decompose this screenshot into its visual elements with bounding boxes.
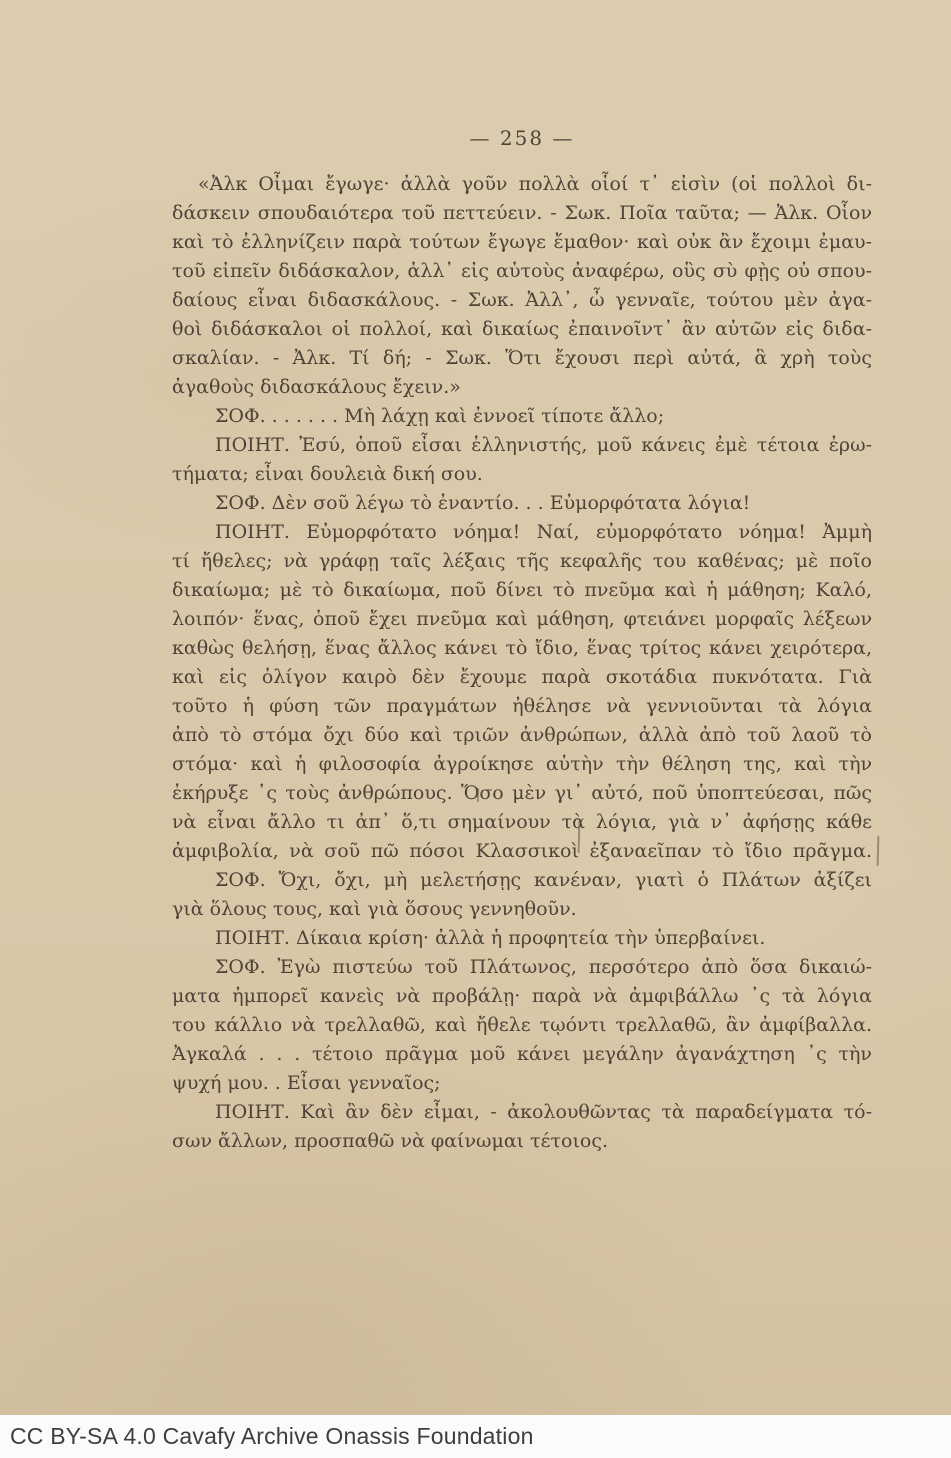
text-line: ΠΟΙΗΤ. Καὶ ἂν δὲν εἶμαι, - ἀκολουθῶντας … <box>172 1098 872 1127</box>
text-line: ΠΟΙΗΤ. Εὐμορφότατο νόημα! Ναί, εὐμορφότα… <box>172 518 872 547</box>
text-line: καθὼς θελήσῃ, ἕνας ἄλλος κάνει τὸ ἴδιο, … <box>172 634 872 663</box>
text-line: δάσκειν σπουδαιότερα τοῦ πεττεύειν. - Σω… <box>172 199 872 228</box>
text-line: ΣΟΦ. Δὲν σοῦ λέγω τὸ ἐναντίο. . . Εὐμορφ… <box>172 489 872 518</box>
screenshot-root: — 258 — «Ἀλκ Οἶμαι ἔγωγε· ἀλλὰ γοῦν πολλ… <box>0 0 951 1458</box>
book-page-scan: — 258 — «Ἀλκ Οἶμαι ἔγωγε· ἀλλὰ γοῦν πολλ… <box>0 0 951 1415</box>
text-line: τήματα; εἶναι δουλειὰ δική σου. <box>172 460 872 489</box>
text-line: ΠΟΙΗΤ. Ἐσύ, ὁποῦ εἶσαι ἑλληνιστής, μοῦ κ… <box>172 431 872 460</box>
text-line: δικαίωμα; μὲ τὸ δικαίωμα, ποῦ δίνει τὸ π… <box>172 576 872 605</box>
text-line: Ἀγκαλά . . . τέτοιο πρᾶγμα μοῦ κάνει μεγ… <box>172 1040 872 1069</box>
text-line: ΣΟΦ. Ὄχι, ὄχι, μὴ μελετήσῃς κανέναν, για… <box>172 866 872 895</box>
license-bar: CC BY-SA 4.0 Cavafy Archive Onassis Foun… <box>0 1415 951 1458</box>
text-line: ΣΟΦ. . . . . . . Μὴ λάχῃ καὶ ἐννοεῖ τίπο… <box>172 402 872 431</box>
text-line: ἀγαθοὺς διδασκάλους ἔχειν.» <box>172 373 872 402</box>
text-line: ψυχή μου. . Εἶσαι γενναῖος; <box>172 1069 872 1098</box>
text-line: ἀμφιβολία, νὰ σοῦ πῶ πόσοι Κλασσικοὶ ἐξα… <box>172 837 872 866</box>
text-line: γιὰ ὅλους τους, καὶ γιὰ ὅσους γεννηθοῦν. <box>172 895 872 924</box>
pencil-mark <box>477 788 479 802</box>
page-number: — 258 — <box>172 126 872 150</box>
text-line: καὶ εἰς ὀλίγον καιρὸ δὲν ἔχουμε παρὰ σκο… <box>172 663 872 692</box>
text-line: στόμα· καὶ ἡ φιλοσοφία ἀγροίκησε αὐτὴν τ… <box>172 750 872 779</box>
text-line: σων ἄλλων, προσπαθῶ νὰ φαίνωμαι τέτοιος. <box>172 1127 872 1156</box>
text-line: «Ἀλκ Οἶμαι ἔγωγε· ἀλλὰ γοῦν πολλὰ οἷοί τ… <box>172 170 872 199</box>
text-line: σκαλίαν. - Ἀλκ. Τί δή; - Σωκ. Ὅτι ἔχουσι… <box>172 344 872 373</box>
text-line: λοιπόν· ἕνας, ὁποῦ ἔχει πνεῦμα καὶ μάθησ… <box>172 605 872 634</box>
pencil-mark <box>877 836 880 866</box>
text-line: του κάλλιο νὰ τρελλαθῶ, καὶ ἤθελε τῳόντι… <box>172 1011 872 1040</box>
text-line: θοὶ διδάσκαλοι οἱ πολλοί, καὶ δικαίως ἐπ… <box>172 315 872 344</box>
text-line: καὶ τὸ ἑλληνίζειν παρὰ τούτων ἔγωγε ἔμαθ… <box>172 228 872 257</box>
text-line: νὰ εἶναι ἄλλο τι ἀπ᾽ ὅ,τι σημαίνουν τὰ λ… <box>172 808 872 837</box>
text-line: δαίους εἶναι διδασκάλους. - Σωκ. Ἀλλ᾽, ὦ… <box>172 286 872 315</box>
text-line: τοῦ εἰπεῖν διδάσκαλον, ἀλλ᾽ εἰς αὐτοὺς ἀ… <box>172 257 872 286</box>
text-line: ἀπὸ τὸ στόμα ὄχι δύο καὶ τριῶν ἀνθρώπων,… <box>172 721 872 750</box>
text-line: τί ἤθελες; νὰ γράφῃ ταῖς λέξαις τῆς κεφα… <box>172 547 872 576</box>
text-line: ματα ἠμπορεῖ κανεὶς νὰ προβάλῃ· παρὰ νὰ … <box>172 982 872 1011</box>
text-line: τοῦτο ἡ φύση τῶν πραγμάτων ἠθέλησε νὰ γε… <box>172 692 872 721</box>
text-block: «Ἀλκ Οἶμαι ἔγωγε· ἀλλὰ γοῦν πολλὰ οἷοί τ… <box>172 170 872 1156</box>
text-line: ἐκήρυξε ᾽ς τοὺς ἀνθρώπους. Ὅσο μὲν γι᾽ α… <box>172 779 872 808</box>
license-text: CC BY-SA 4.0 Cavafy Archive Onassis Foun… <box>0 1423 534 1450</box>
text-line: ΣΟΦ. Ἐγὼ πιστεύω τοῦ Πλάτωνος, περσότερο… <box>172 953 872 982</box>
text-line: ΠΟΙΗΤ. Δίκαια κρίση· ἀλλὰ ἡ προφητεία τὴ… <box>172 924 872 953</box>
